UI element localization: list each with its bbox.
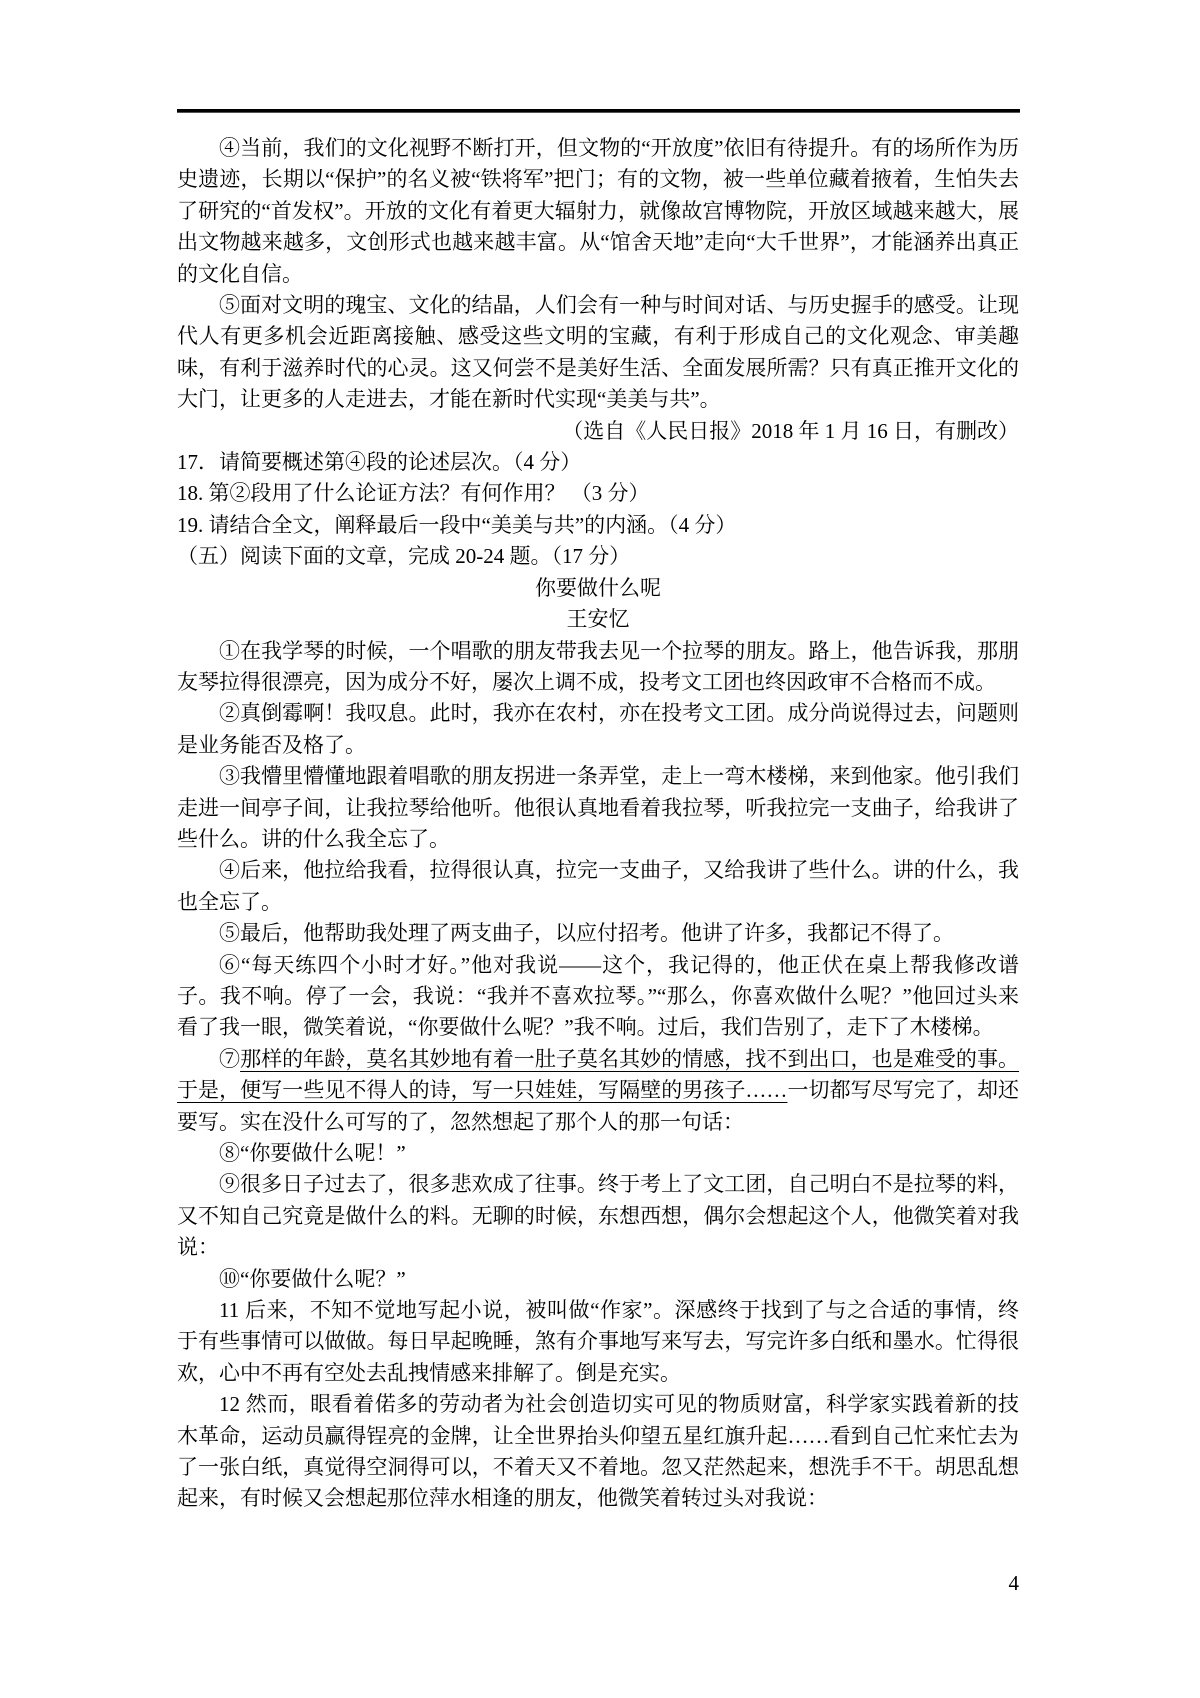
paragraph: 17．请简要概述第④段的论述层次。（4 分）	[177, 447, 1019, 478]
text-segment: ⑦	[219, 1047, 240, 1071]
paragraph: ④后来，他拉给我看，拉得很认真，拉完一支曲子，又给我讲了些什么。讲的什么，我也全…	[177, 855, 1019, 918]
article-body: ④当前，我们的文化视野不断打开，但文物的“开放度”依旧有待提升。有的场所作为历史…	[177, 133, 1019, 1515]
paragraph: （五）阅读下面的文章，完成 20-24 题。（17 分）	[177, 541, 1019, 572]
paragraph: ③我懵里懵懂地跟着唱歌的朋友拐进一条弄堂，走上一弯木楼梯，来到他家。他引我们走进…	[177, 761, 1019, 855]
paragraph: ④当前，我们的文化视野不断打开，但文物的“开放度”依旧有待提升。有的场所作为历史…	[177, 133, 1019, 290]
paragraph: ⑩“你要做什么呢？”	[177, 1264, 1019, 1295]
paragraph: 19. 请结合全文，阐释最后一段中“美美与共”的内涵。（4 分）	[177, 510, 1019, 541]
paragraph: ⑥“每天练四个小时才好。”他对我说——这个，我记得的，他正伏在桌上帮我修改谱子。…	[177, 950, 1019, 1044]
paragraph: ①在我学琴的时候，一个唱歌的朋友带我去见一个拉琴的朋友。路上，他告诉我，那朋友琴…	[177, 636, 1019, 699]
paragraph: ②真倒霉啊！我叹息。此时，我亦在农村，亦在投考文工团。成分尚说得过去，问题则是业…	[177, 698, 1019, 761]
paragraph: 12 然而，眼看着偌多的劳动者为社会创造切实可见的物质财富，科学家实践着新的技木…	[177, 1389, 1019, 1515]
page: ④当前，我们的文化视野不断打开，但文物的“开放度”依旧有待提升。有的场所作为历史…	[0, 0, 1200, 1698]
paragraph: （选自《人民日报》2018 年 1 月 16 日，有删改）	[177, 416, 1019, 447]
paragraph: ⑤面对文明的瑰宝、文化的结晶，人们会有一种与时间对话、与历史握手的感受。让现代人…	[177, 290, 1019, 416]
paragraph: 你要做什么呢	[177, 573, 1019, 604]
paragraph: ⑤最后，他帮助我处理了两支曲子，以应付招考。他讲了许多，我都记不得了。	[177, 918, 1019, 949]
paragraph: ⑨很多日子过去了，很多悲欢成了往事。终于考上了文工团，自己明白不是拉琴的料，又不…	[177, 1169, 1019, 1263]
paragraph: 18. 第②段用了什么论证方法？有何作用？ （3 分）	[177, 478, 1019, 509]
paragraph: ⑧“你要做什么呢！”	[177, 1138, 1019, 1169]
paragraph: 王安忆	[177, 604, 1019, 635]
paragraph: ⑦那样的年龄，莫名其妙地有着一肚子莫名其妙的情感，找不到出口，也是难受的事。于是…	[177, 1044, 1019, 1138]
page-number: 4	[177, 1570, 1019, 1596]
header-rule	[177, 109, 1020, 113]
paragraph: 11 后来，不知不觉地写起小说，被叫做“作家”。深感终于找到了与之合适的事情，终…	[177, 1295, 1019, 1389]
